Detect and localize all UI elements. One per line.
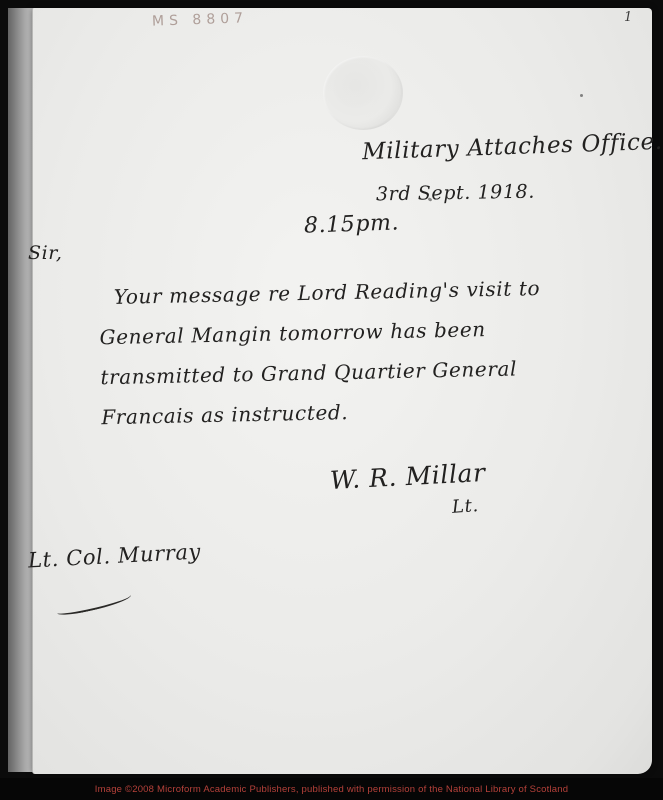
scanned-letter: MS 8807 1 Military Attaches Office. 3rd …	[0, 0, 663, 800]
credit-bar: Image ©2008 Microform Academic Publisher…	[0, 778, 663, 800]
archive-shelfmark: MS 8807	[152, 10, 249, 29]
time-line: 8.15pm.	[304, 210, 400, 238]
ink-speck	[580, 94, 583, 97]
signature-rank: Lt.	[451, 495, 479, 518]
date-line: 3rd Sept. 1918.	[376, 181, 535, 206]
page-number: 1	[624, 10, 632, 25]
letter-body: Your message re Lord Reading's visit to …	[98, 267, 601, 437]
copyright-credit: Image ©2008 Microform Academic Publisher…	[95, 784, 568, 795]
embossed-seal	[323, 56, 403, 130]
page-gutter-shadow	[8, 8, 34, 772]
salutation: Sir,	[28, 242, 63, 264]
